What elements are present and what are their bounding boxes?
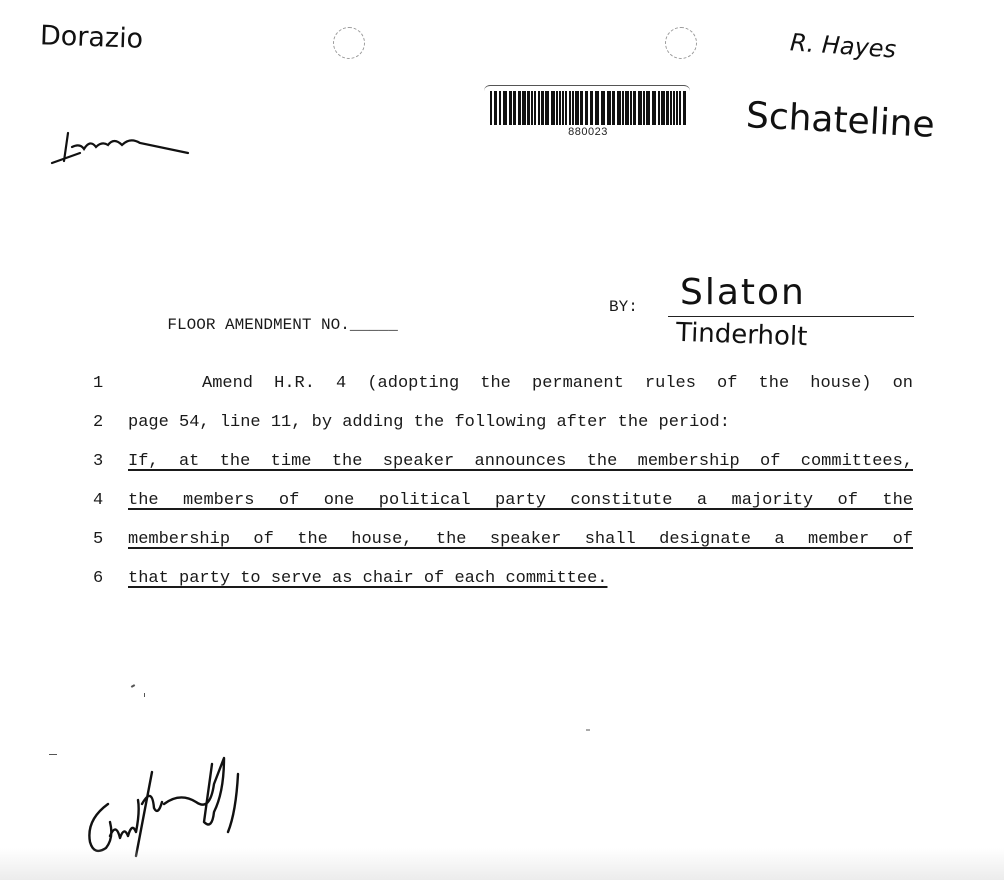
barcode-bars [490, 91, 686, 125]
sponsor-line [668, 316, 914, 317]
by-label: BY: [609, 298, 638, 316]
scan-bottom-edge [0, 848, 1004, 880]
amendment-number-blank: _____ [350, 316, 398, 334]
barcode-number: 880023 [484, 126, 692, 138]
punch-hole-right [665, 27, 697, 59]
amendment-label: FLOOR AMENDMENT NO. [167, 316, 349, 334]
signature-scribble-icon [50, 125, 195, 170]
scan-speck [131, 684, 135, 688]
handwritten-signature-bottom [80, 752, 260, 862]
document-barcode: 880023 [484, 85, 692, 141]
signature-scribble-icon [80, 752, 260, 862]
amendment-line-inserted: membership of the house, the speaker sha… [128, 530, 913, 549]
handwritten-sponsor-slaton: Slaton [680, 272, 806, 313]
amendment-line-inserted: the members of one political party const… [128, 491, 913, 510]
handwritten-name-schateline: Schateline [745, 95, 936, 146]
handwritten-name-r-hayes: R. Hayes [789, 28, 897, 63]
handwritten-name-dorazio: Dorazio [39, 20, 143, 55]
barcode-bar [683, 91, 686, 125]
scan-speck [49, 754, 57, 755]
amendment-line: page 54, line 11, by adding the followin… [128, 413, 730, 432]
scan-speck [144, 693, 145, 697]
line-number: 3 [93, 452, 107, 471]
line-number: 1 [93, 374, 107, 393]
punch-hole-left [333, 27, 365, 59]
line-number: 4 [93, 491, 107, 510]
amendment-line-inserted: If, at the time the speaker announces th… [128, 452, 913, 471]
line-number: 5 [93, 530, 107, 549]
scan-speck [586, 729, 590, 731]
line-number: 6 [93, 569, 107, 588]
handwritten-sponsor-tinderholt: Tinderholt [676, 318, 808, 353]
document-page: Dorazio R. Hayes Schateline 880023 FLOOR… [0, 0, 1004, 880]
amendment-line: Amend H.R. 4 (adopting the permanent rul… [202, 374, 913, 393]
line-number: 2 [93, 413, 107, 432]
amendment-number-field: FLOOR AMENDMENT NO._____ [129, 298, 398, 352]
handwritten-signature-harrison [50, 125, 195, 170]
amendment-line-inserted: that party to serve as chair of each com… [128, 569, 607, 588]
